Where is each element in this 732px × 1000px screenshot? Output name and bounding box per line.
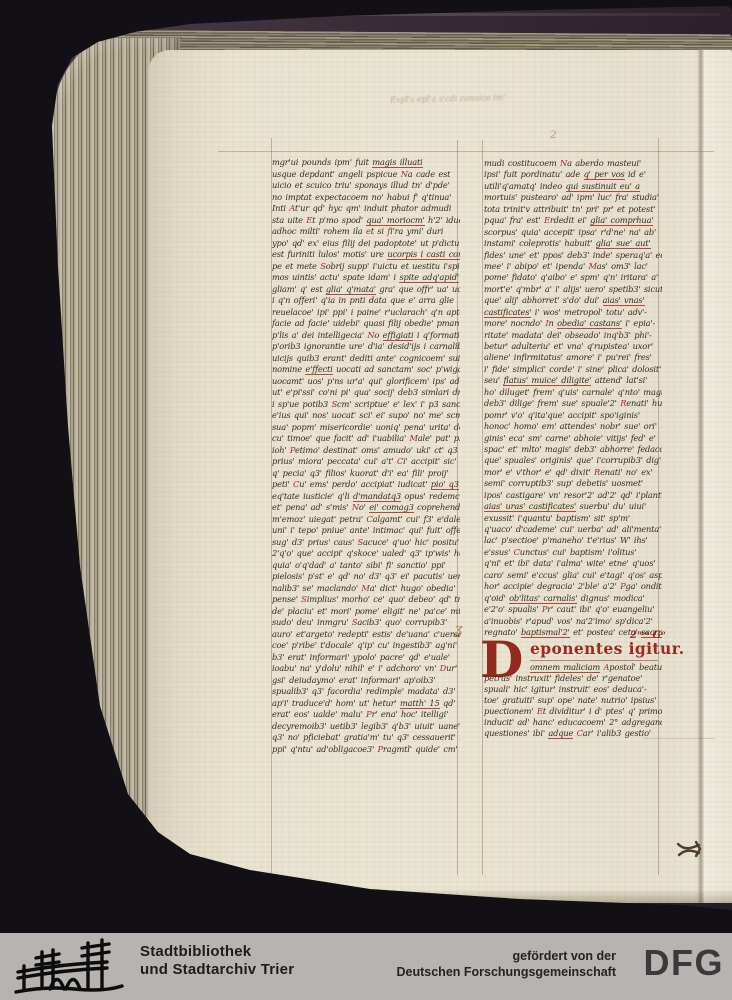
manuscript-text-line: instami' coleprotis' habuit' glia' sue' … <box>484 238 662 249</box>
manuscript-text-line: pomr' v'o' q'ita'que' accipit' spo'igini… <box>484 410 662 421</box>
manuscript-text-line: uni' i' tepo' pniue' ante' intimac' qui'… <box>272 525 460 537</box>
manuscript-text-line: ho' diluget' frem' q'uis' carnale' q'nto… <box>484 387 662 398</box>
manuscript-text-line: ypo' qd' ex' eius filij dei padoptote' u… <box>272 238 460 250</box>
ruling-line <box>218 151 714 152</box>
manuscript-text-line: mgr'ui pounds ipm' fuit magis illuati <box>272 157 460 169</box>
manuscript-text-line: uicio et scuico triu' sponays illud tn' … <box>272 180 460 192</box>
manuscript-text-line: i sp'ue potib3 Scm' scriptue' e' lex' i'… <box>272 399 460 411</box>
manuscript-text-line: decyremoib3' uetib3' legib3' q'b3' uiuit… <box>272 721 460 733</box>
manuscript-text-line: more' nocndo' In obedia' castans' i' epi… <box>484 318 662 329</box>
manuscript-text-line: mee' i' abipo' et' ipenda' Mas' om3' lac… <box>484 261 662 272</box>
manuscript-text-line: q' pecia' q3' filios' kuorat' d'i' ea' f… <box>272 468 460 480</box>
manuscript-text-line: sua' popm' misericordie' uoniq' pena' ur… <box>272 422 460 434</box>
manuscript-text-line: ritate' madata' dei' obseado' inq'b3' ph… <box>484 330 662 341</box>
manuscript-text-line: hor' accipie' degracia' 2'ble' a'2' Pga'… <box>484 581 662 592</box>
manuscript-text-line: lac' p'sectioe' p'maneho' t'e'rius' W' i… <box>484 535 662 546</box>
right-column-upper-text: mudi costitucoem Na aberdo masteui'ipsi'… <box>484 158 662 638</box>
footer-bar: Stadtbibliothek und Stadtarchiv Trier ge… <box>0 933 732 1000</box>
manuscript-text-line: mos uintis' actu' spate idam' i spite ad… <box>272 272 460 284</box>
manuscript-text-line: pielosis' p'st' e' qd' no' d3' q3' ei' p… <box>272 571 460 583</box>
manuscript-text-line: ginis' eca' sm' carne' abhoie' vitijs' f… <box>484 433 662 444</box>
manuscript-text-line: sug' d3' prius' caus' Sacuce' q'uo' hic'… <box>272 537 460 549</box>
manuscript-text-line: auro' et'argeto' redepti' estis' de'uana… <box>272 629 460 641</box>
manuscript-text-line: cu' timoe' que facit' ad' i'uabilia' Mal… <box>272 433 460 445</box>
manuscript-text-line: spualib3' q3' facordia' redimple' madata… <box>272 686 460 698</box>
manuscript-text-line: questiones' ibi' adque Car' i'alib3 gest… <box>484 728 662 739</box>
manuscript-text-line: pe et mete Sobrij supp' i'uictu et uesti… <box>272 261 460 273</box>
manuscript-text-line: p'lis a' dei intelligecia' No effigiati … <box>272 330 460 342</box>
manuscript-text-line: est furiniti lulos' motis' ure ucorpis i… <box>272 249 460 261</box>
manuscript-text-line: coe' p'ribe' t'docale' q'ip' cu' ingesti… <box>272 640 460 652</box>
manuscript-text-line: seu' flatus' muice' diligite' attend' la… <box>484 375 662 386</box>
right-column-lower-text: omnem maliciam Apostol' beatus'petrus' i… <box>484 662 662 739</box>
manuscript-text-line: e'ius qui' nos' uocat' sci' ei' supo' no… <box>272 410 460 422</box>
right-text-column: mudi costitucoem Na aberdo masteui'ipsi'… <box>484 158 662 739</box>
manuscript-text-line: nomine e'ffecti uocati ad sanctam' soc' … <box>272 364 460 376</box>
manuscript-text-line: betur' adulteriu' et' vna' q'rupistea' u… <box>484 341 662 352</box>
manuscript-text-line: a'inuobis' r'apud' vos' na'2'imo' sp'dic… <box>484 616 662 627</box>
manuscript-text-line: q'ni' et' ibi' data' i'alma' wite' etne'… <box>484 558 662 569</box>
manuscript-text-line: pense' Simplius' morho' ce' quo' debeo' … <box>272 594 460 606</box>
page-fold-crease <box>697 50 704 903</box>
manuscript-text-line: aliene' infirmitatus' amore' i' pu'rei' … <box>484 352 662 363</box>
manuscript-text-line: scorpus' quia' accepit' ipsa' r'd'ne' na… <box>484 227 662 238</box>
dfg-logo: DFG <box>644 942 725 984</box>
manuscript-text-line: fides' une' et' ppos' deb3' inde' speraq… <box>484 250 662 261</box>
manuscript-text-line: 2'q'o' que' accipi' q'skoce' ualed' q3' … <box>272 548 460 560</box>
manuscript-text-line: pqua' fra' est' Erdedit ei' glia' comprh… <box>484 215 662 226</box>
rubric-heading: D eponentes igitur. <box>484 638 662 662</box>
manuscript-text-line: gliam' q' est glia' q'mata' gra' que off… <box>272 284 460 296</box>
manuscript-text-line: peti' Cu' ems' perdo' accipiat' iudicat'… <box>272 479 460 491</box>
manuscript-text-line: mort'e' q'mbr' a' i' alijs' uero' spetib… <box>484 284 662 295</box>
manuscript-text-line: erat' eos' ualde' malu' Pr' ena' hoc' it… <box>272 709 460 721</box>
funding-credit: gefördert von der Deutschen Forschungsge… <box>397 949 617 980</box>
manuscript-text-line: mudi costitucoem Na aberdo masteui' <box>484 158 662 169</box>
manuscript-text-line: i q'n offeri' q'ia in pnti data que e' a… <box>272 295 460 307</box>
institution-line1: Stadtbibliothek <box>140 943 294 961</box>
funding-line1: gefördert von der <box>397 949 617 965</box>
manuscript-text-line: pome' fidato' q'aibo' e' spm' q'n' irita… <box>484 272 662 283</box>
manuscript-text-line: adhoc milti' rohem ila et si fi'ra ymi' … <box>272 226 460 238</box>
manuscript-text-line: exussit' i'quantu' baptism' sit' sp'm' <box>484 513 662 524</box>
manuscript-text-line: ioabu' na' y'dolu' nihil' e' i' adchoro'… <box>272 663 460 675</box>
manuscript-text-line: mor' e' v'thor' e' qd' dixit' Renati' no… <box>484 467 662 478</box>
book: Expl's epl'a s'cdi canoice im' 2 ʒ 2ᵐᵒ G… <box>40 6 732 916</box>
manuscript-text-line: q'uaco' d'cademe' cui' uerba' ad' ali'me… <box>484 524 662 535</box>
funding-line2: Deutschen Forschungsgemeinschaft <box>397 965 617 981</box>
manuscript-text-line: facie ad facie' uidebi' quasi filij obed… <box>272 318 460 330</box>
manuscript-text-line: et' pena' ad' s'mis' No' ei' comag3 copr… <box>272 502 460 514</box>
manuscript-text-line: sta uite Et p'mo spod' qua' moriocm' h'2… <box>272 215 460 227</box>
manuscript-text-line: eq'tate iusticie' q'li d'mandatq3 opus' … <box>272 491 460 503</box>
manuscript-text-line: no imptat expectacoem no' habui f' q'tin… <box>272 192 460 204</box>
manuscript-text-line: que' alij' abhorret' s'do' dui' aias' vn… <box>484 295 662 306</box>
manuscript-text-line: spac' et' mlto' magis' deb3' abhorre' fe… <box>484 444 662 455</box>
manuscript-text-line: tota trinit'v attribuit' tn' pri' pr' et… <box>484 204 662 215</box>
manuscript-text-line: mortuis' pustearo' ad' ipm' luc' fra' st… <box>484 192 662 203</box>
manuscript-text-line: q'oid' ob'litas' carnalis' dignus' modic… <box>484 593 662 604</box>
manuscript-text-line: sudo' deu' inmgru' Sacib3' quo' corrupib… <box>272 617 460 629</box>
manuscript-text-line: i' fide' simplici' corde' i' sine' plica… <box>484 364 662 375</box>
manuscript-text-line: p'orib3 ignorantie ure' d'ia' desid'ijs … <box>272 341 460 353</box>
manuscript-text-line: que' spuales' originis' que' i'corrupib3… <box>484 455 662 466</box>
manuscript-text-line: Inti At'ur qd' hyc qm' induit phator adm… <box>272 203 460 215</box>
manuscript-text-line: ppi' q'ntu' ad'obligacoe3' Pragmtl' quid… <box>272 744 460 756</box>
ruling-line <box>482 140 483 875</box>
page-scan: Expl's epl'a s'cdi canoice im' 2 ʒ 2ᵐᵒ G… <box>148 50 732 903</box>
institution-name: Stadtbibliothek und Stadtarchiv Trier <box>140 943 294 978</box>
manuscript-text-line: aias' uras' castificates' suerbu' du' ui… <box>484 501 662 512</box>
manuscript-text-line: m'emoz' uiegat' petra' Calgamt' cui' f3'… <box>272 514 460 526</box>
sewing-thread-icon <box>676 836 702 862</box>
manuscript-text-line: usque depdant' angeli pspicue Na cade es… <box>272 169 460 181</box>
manuscript-text-line: ipsi' fuit pordinatu' ade q' per vos id … <box>484 169 662 180</box>
manuscript-text-line: q3' no' pficiebat' gratia'm' tu' q3' ces… <box>272 732 460 744</box>
manuscript-text-line: nalib3' se' maclando' Ma' dict' hugo' ob… <box>272 583 460 595</box>
manuscript-text-line: ipos' castigare' vn' resor'2' ad'2' qd' … <box>484 490 662 501</box>
left-text-column: mgr'ui pounds ipm' fuit magis illuatiusq… <box>272 157 460 755</box>
manuscript-text-line: b3' erat' informari' ypolo' pacre' qd' e… <box>272 652 460 664</box>
manuscript-text-line: honoc' homo' em' attendes' nobr' sue' or… <box>484 421 662 432</box>
manuscript-text-line: uocamt' uos' p'ns ur'a' qui' glorificem'… <box>272 376 460 388</box>
manuscript-text-line: utili'q'amatq' indeo qui sustinuit eu' a <box>484 181 662 192</box>
manuscript-text-line: ap'i' traduce'd' hom' ut' hetur' matth' … <box>272 698 460 710</box>
underlying-page-edge <box>704 50 732 903</box>
manuscript-text-line: quia' o'q'dad' a' tanto' sibi' fi' sanct… <box>272 560 460 572</box>
manuscript-text-line: ioh' Petimo' destinat' oms' amudo' uki' … <box>272 445 460 457</box>
cover-sheen <box>160 13 720 16</box>
manuscript-text-line: e'2'o' spualis' Pr' caut' ibi' q'o' euan… <box>484 604 662 615</box>
manuscript-text-line: semi' corruptib3' sup' debetis' uosmet' <box>484 478 662 489</box>
manuscript-text-line: toe' gratuiti' sup' ope' nate' nutrio' i… <box>484 695 662 706</box>
rubric-title: eponentes igitur. <box>530 638 658 661</box>
manuscript-text-line: caro' semi' e'ccus' glia' cui' e'tagi' q… <box>484 570 662 581</box>
manuscript-text-line: puectionem' Et dividitur' i d' ptes' q' … <box>484 706 662 717</box>
manuscript-text-line: prius' miora' peccata' cui' a't' Ci' acc… <box>272 456 460 468</box>
manuscript-text-line: petrus' instruxit' fideles' de' r'genato… <box>484 673 662 684</box>
institution-line2: und Stadtarchiv Trier <box>140 961 294 979</box>
manuscript-text-line: e'ssus' Cunctus' cui' baptism' i'olitus' <box>484 547 662 558</box>
trier-library-logo <box>12 936 126 998</box>
manuscript-text-line: de' placiu' et' mori' pome' eligit' ne' … <box>272 606 460 618</box>
manuscript-text-line: inducit' ad' hanc' educacoem' 2° adgrega… <box>484 717 662 728</box>
manuscript-text-line: omnem maliciam Apostol' beatus' <box>530 662 662 673</box>
manuscript-text-line: castificates' i' wos' metropol' totu' ad… <box>484 307 662 318</box>
manuscript-text-line: uicijs quib3 erant' dediti ante' cognico… <box>272 353 460 365</box>
manuscript-text-line: ut' e'pi'ssi' co'ni pi' qua' socij' deb3… <box>272 387 460 399</box>
manuscript-text-line: gsi' deiudaymo' erat' informari' ap'oib3… <box>272 675 460 687</box>
manuscript-text-line: spuali' hic' igitur' instruit' eos' dedu… <box>484 684 662 695</box>
manuscript-text-line: deb3' dilige' frem' sue' spuale'2' Renat… <box>484 398 662 409</box>
manuscript-text-line: reuelacoe' ipi' ppi' i paine' r'uclarach… <box>272 307 460 319</box>
